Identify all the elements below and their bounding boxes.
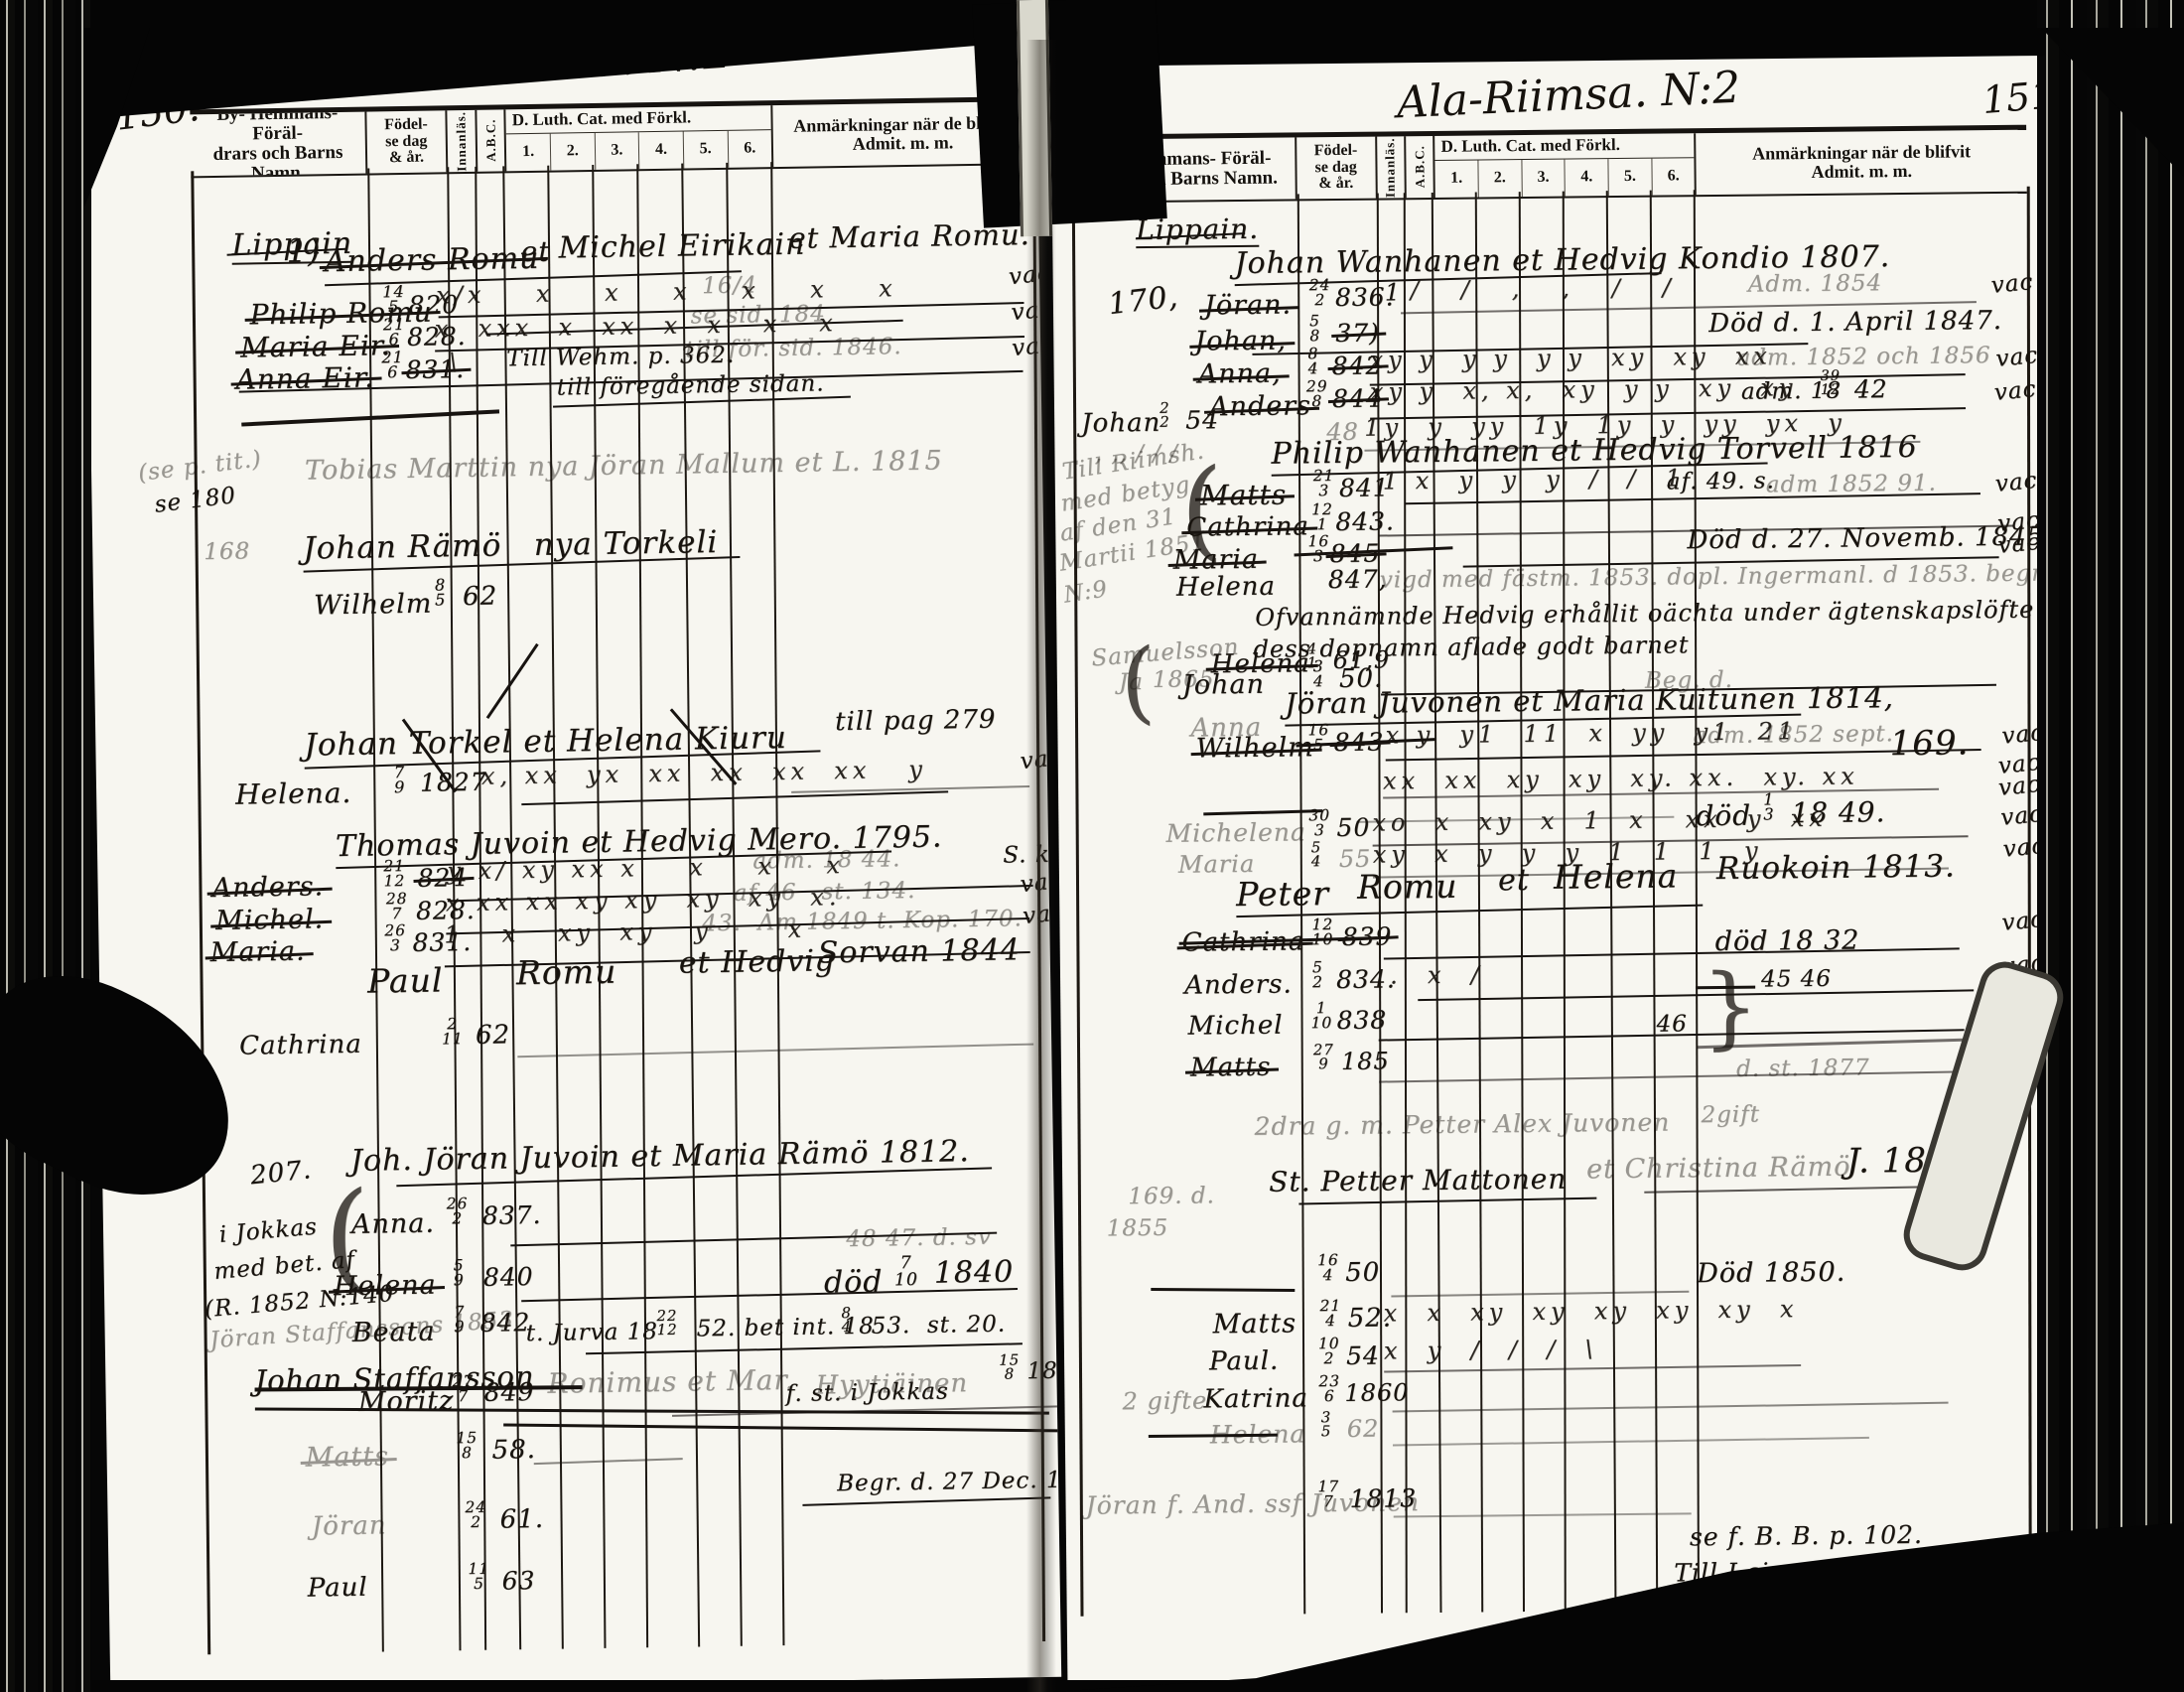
catechism-marks: xx xx xy xy xy. xx. xy. xx [1383, 765, 1859, 794]
catechism-marks: x/x x x x x x x [436, 276, 897, 309]
handwritten-entry: 1) [286, 234, 321, 268]
handwritten-entry: 710 [894, 1258, 919, 1291]
birth-date: 84 [1307, 350, 1318, 379]
birth-date: 177 [1317, 1482, 1339, 1512]
header-text: Anmärkningar när de blifvit [1752, 142, 1971, 163]
handwritten-entry: 16/4 [702, 273, 757, 298]
marriage-note: vigd med fästm. 1853. dopl. Ingermanl. d… [1380, 561, 2061, 593]
book-fold-gutter [1026, 40, 1056, 1692]
birth-year: 834. [1336, 966, 1396, 993]
header-cat-3: 3. [594, 132, 638, 170]
person-name: Anna, [1198, 360, 1282, 389]
birth-year: 37) [1335, 321, 1380, 348]
person-name: Maria [1172, 546, 1259, 576]
vaccinated-mark: vac [1996, 530, 2041, 558]
ink-stroke [517, 1044, 1033, 1058]
header-text: drars och Barns Namn. [191, 143, 365, 177]
handwritten-entry: 54 [1185, 407, 1219, 434]
handwritten-entry: Adm. 1854 [1748, 271, 1883, 297]
person-name: Helena [1176, 574, 1276, 603]
header-text: Admit. m. m. [853, 133, 954, 153]
header-cat-6: 6. [1651, 158, 1695, 195]
family-head: Anders Romu [324, 243, 539, 278]
margin-note: 170, [1107, 281, 1180, 321]
handwritten-entry: 1840 [934, 1256, 1015, 1289]
birth-year: 847, [1328, 566, 1388, 593]
birth-date: 163 [1307, 537, 1329, 567]
birth-year: 843 [1333, 730, 1384, 757]
catechism-marks: 1 x y y y / / 1 [1383, 466, 1686, 494]
ink-stroke [1298, 1198, 1596, 1205]
header-text: Admit. m. m. [1811, 162, 1912, 182]
birth-date: 1210 [1311, 920, 1333, 950]
birth-date: 242 [1309, 281, 1331, 311]
birth-year: 843. [1335, 508, 1395, 535]
page-left-sheet: 150. ala Riimsa. N:2 By- Hemmans- Föräl-… [84, 13, 1061, 1692]
ink-stroke [521, 790, 948, 805]
birth-year: 62 [476, 1022, 511, 1050]
birth-date: 52 [1312, 963, 1323, 993]
handwritten-entry: \ [449, 350, 462, 375]
margin-note: Johan [1081, 410, 1160, 438]
handwritten-entry: 2gift [1701, 1103, 1760, 1128]
birth-date: 85 [435, 580, 447, 611]
birth-date: 213 [1313, 472, 1335, 501]
ink-stroke [1384, 947, 1960, 959]
header-text: D. Luth. Cat. med Förkl. [1434, 133, 1694, 161]
family-head: Michel Eirikain [558, 229, 805, 265]
book-page-edges-right [2037, 0, 2184, 1692]
family-head: Jöran Juvonen et Maria Kuitunen 1814, [1285, 682, 1894, 719]
column-rule [191, 171, 210, 1654]
handwritten-entry: adm 1852 91. [1766, 472, 1937, 497]
handwritten-entry: Ruokoin 1813. [1716, 850, 1956, 885]
birth-year: 62 [1347, 1417, 1380, 1443]
ink-stroke [1394, 1512, 1692, 1517]
header-catechism-numbers: 1. 2. 3. 4. 5. 6. [506, 130, 771, 171]
birth-year: 1813 [1349, 1485, 1417, 1512]
person-name: Wilhelm [314, 591, 433, 621]
birth-date: 263 [384, 926, 406, 956]
birth-date: 115 [468, 1565, 489, 1595]
birth-year: 50 [1336, 815, 1370, 842]
handwritten-entry: 46 [1656, 1012, 1688, 1037]
birth-date: 262 [447, 1199, 469, 1229]
transfer-note: till föregående sidan. [557, 371, 825, 400]
header-cat-4: 4. [638, 132, 683, 170]
person-name: Maria. [209, 938, 305, 968]
header-reading-column: Innanläs. [445, 110, 476, 172]
birth-year: 61. [499, 1506, 544, 1534]
ink-stroke [534, 1458, 683, 1465]
birth-date: 164 [1317, 1256, 1339, 1286]
ink-stroke [1203, 809, 1322, 815]
family-head: Romu [516, 955, 617, 992]
header-reading-column: Innanläs. [1375, 136, 1404, 198]
birth-date: 165 [1307, 726, 1329, 756]
column-rule [1475, 193, 1483, 1613]
person-name: Cathrina [1182, 928, 1305, 957]
birth-date: 216 [383, 320, 406, 351]
birth-date: 121 [1311, 505, 1333, 535]
table-header: By- Hemmans- Föräl- drars och Barns Namn… [1071, 125, 2027, 204]
person-name: Johan, [1194, 328, 1287, 357]
catechism-marks: x, xx yx xx xx xx xx y [481, 758, 927, 789]
header-text: By- Hemmans- Föräl- [190, 112, 364, 146]
catechism-marks: xo x xy x 1 x xx y xx [1372, 806, 1828, 836]
death-note: Död 1850. [1697, 1259, 1845, 1289]
page-right: 151. Ala-Riimsa. N:2 By- Hemmans- Föräl-… [1050, 18, 2060, 1692]
birth-date: 158 [456, 1434, 478, 1464]
handwritten-entry: adm. 18 44. [752, 847, 900, 874]
birth-year: 185 [1341, 1049, 1390, 1074]
column-rule [1694, 190, 1700, 1610]
person-name: Helena [334, 1272, 437, 1302]
catechism-marks: x y / / / \ [1384, 1337, 1598, 1364]
birth-year: 845 [1329, 541, 1380, 568]
header-abc-column: A.B.C. [1404, 136, 1433, 198]
person-name: Paul. [1209, 1348, 1279, 1376]
death-note: Död d. 27. Novemb. 1845 [1687, 524, 2044, 555]
family-head: Johan Rämö nya Torkeli [303, 526, 719, 565]
person-name: Paul [308, 1575, 368, 1604]
handwritten-entry: adm. 1852 och 1856 [1736, 344, 1990, 370]
person-name: Matts [1200, 481, 1288, 511]
catechism-marks: xy y y y y y xy xy xx [1369, 344, 1772, 373]
handwritten-entry: 84 [841, 1309, 852, 1337]
person-name: Katrina [1203, 1385, 1308, 1414]
handwritten-entry: 2212 [656, 1312, 677, 1340]
person-name: Helena [1211, 650, 1310, 679]
birth-year: 50 [1345, 1260, 1380, 1288]
handwritten-entry: 3912 [1821, 373, 1841, 400]
ink-stroke [486, 643, 539, 719]
handwritten-entry: et Hedvig [679, 945, 836, 979]
margin-note: 168 [204, 539, 250, 564]
birth-year: 837. [482, 1202, 542, 1229]
catechism-marks: xy y x, x, xy y y xy xy [1370, 375, 1798, 405]
column-rule [1606, 191, 1617, 1611]
person-name: Matts [1190, 1055, 1272, 1082]
person-name: Anders. [211, 873, 324, 903]
handwritten-entry: et Christina Rämö [1586, 1154, 1851, 1185]
person-name: Wilhelm [1195, 734, 1313, 764]
handwritten-entry: Helena [1554, 859, 1679, 895]
person-name: Maria Eir. [240, 331, 391, 362]
birth-year: 63 [501, 1568, 535, 1595]
ink-stroke [1151, 1288, 1295, 1292]
birth-date: 110 [1310, 1004, 1332, 1034]
family-head: Paul [367, 963, 444, 999]
header-cat-1: 1. [506, 134, 550, 172]
header-cat-2: 2. [550, 133, 595, 171]
family-head: Peter [1236, 877, 1329, 913]
family-head: Johan Staffansson [254, 1361, 535, 1396]
header-remarks-column: Anmärkningar när de blifvit Admit. m. m. [1695, 130, 2027, 195]
birth-date: 102 [1318, 1339, 1340, 1369]
handwritten-entry: af 46 st. 134. [734, 879, 916, 906]
person-name: Matts [1213, 1310, 1297, 1339]
margin-note: 2 gifte [1122, 1388, 1207, 1414]
column-rule [1563, 192, 1567, 1612]
death-note: död [824, 1267, 884, 1300]
header-cat-2: 2. [1477, 160, 1521, 197]
header-text: Födel- [384, 116, 428, 133]
person-name: Jöran. [1204, 291, 1292, 321]
birth-date: 216 [381, 352, 404, 383]
header-catechism-group: D. Luth. Cat. med Förkl. 1. 2. 3. 4. 5. … [1433, 133, 1695, 198]
person-name: Cathrina [239, 1032, 362, 1060]
person-name: Anders. [1184, 972, 1293, 1001]
page-title-right: Ala-Riimsa. N:2 [1396, 63, 1741, 129]
birth-date: 303 [1308, 811, 1330, 841]
margin-note: 169. d. [1128, 1184, 1215, 1208]
column-rule [1650, 191, 1658, 1611]
margin-note: se 180 [153, 484, 237, 517]
handwritten-entry: et [520, 237, 550, 267]
handwritten-entry: 48 47. d. sv [846, 1225, 992, 1252]
vaccinated-mark: vac [1990, 270, 2035, 298]
margin-note: 207. [249, 1157, 313, 1191]
family-head: St. Petter Mattonen [1269, 1165, 1567, 1198]
margin-note: i Jokkas [218, 1215, 319, 1248]
page-left: 150. ala Riimsa. N:2 By- Hemmans- Föräl-… [84, 13, 1061, 1692]
birth-year: 58. [491, 1437, 536, 1465]
birth-date: 242 [465, 1503, 486, 1533]
grouping-brace: } [1702, 960, 1760, 1056]
birth-year: 838 [1336, 1008, 1387, 1035]
column-rule [1519, 192, 1525, 1612]
margin-note: 1855 [1107, 1216, 1169, 1241]
header-names-column: By- Hemmans- Föräl- drars och Barns Namn… [190, 112, 365, 177]
birth-date: 298 [1306, 382, 1328, 412]
handwritten-entry: Sorvan 1844 [817, 934, 1020, 969]
birth-year: 54 [1346, 1343, 1380, 1370]
family-head: 2dra g. m. Petter Alex Juvonen [1254, 1110, 1670, 1141]
reference-note: se f. B. B. p. 102. [1690, 1522, 1923, 1551]
header-cat-5: 5. [683, 131, 728, 169]
handwritten-entry: adm. 1852 sept. [1693, 722, 1894, 748]
death-note: död 18 32 [1715, 927, 1860, 957]
header-cat-4: 4. [1565, 159, 1608, 196]
birth-date: 236 [1318, 1377, 1340, 1407]
transfer-note: t. Jurva 18 [526, 1320, 659, 1345]
handwritten-entry: till för. sid. 1846. [685, 335, 902, 362]
handwritten-entry: 43. Am 1849 t. Kop. 170. [702, 907, 1023, 935]
gutter-shadow-top [972, 0, 1167, 228]
handwritten-entry: Ronimus et Mar. [547, 1365, 795, 1399]
handwritten-entry: 45 46 [1761, 967, 1832, 992]
handwritten-entry: et [1498, 865, 1530, 897]
vaccinated-mark: vac [1994, 469, 2039, 496]
margin-note: N:9 [1062, 577, 1110, 608]
handwritten-entry: 158 [999, 1355, 1020, 1384]
header-text: A.B.C. [1413, 145, 1427, 188]
page-right-sheet: 151. Ala-Riimsa. N:2 By- Hemmans- Föräl-… [1050, 18, 2060, 1692]
header-text: A.B.C. [483, 119, 497, 162]
header-text: se dag [385, 133, 427, 150]
person-name: Michel. [215, 906, 324, 935]
ink-stroke [802, 1496, 1050, 1505]
ink-stroke [1393, 1437, 1869, 1447]
header-catechism-group: D. Luth. Cat. med Förkl. 1. 2. 3. 4. 5. … [504, 105, 772, 171]
person-name: Jöran [312, 1512, 387, 1541]
header-birth-column: Födel- se dag & år. [364, 110, 446, 173]
handwritten-entry: 1 [1385, 280, 1402, 306]
ink-stroke [1384, 1364, 1801, 1373]
header-text: Innanläs. [454, 111, 469, 172]
header-text: Innanläs. [1384, 137, 1398, 198]
header-cat-6: 6. [727, 130, 771, 168]
handwritten-entry: 53. st. 20. [871, 1313, 1006, 1339]
catechism-marks: . x / [1390, 962, 1484, 988]
catechism-marks: / / , , / / [1411, 275, 1676, 303]
birth-date: 58 [1309, 317, 1320, 347]
margin-note: (se p. tit.) [137, 447, 263, 486]
transfer-note: till pag 279 [835, 707, 997, 737]
person-name: Anna Eir. [235, 362, 374, 394]
birth-date: 145 [382, 287, 405, 318]
birth-date: 59 [454, 1261, 465, 1291]
ink-stroke [1393, 1402, 1949, 1413]
table-header: By- Hemmans- Föräl- drars och Barns Namn… [190, 96, 1032, 178]
header-cat-1: 1. [1435, 161, 1478, 198]
birth-year: 839 [1341, 923, 1392, 950]
family-head: Johan Torkel et Helena Kiuru [304, 722, 787, 762]
birth-year: 62 [463, 584, 498, 612]
vaccinated-mark: vac [1994, 344, 2039, 371]
birth-date: 2112 [383, 862, 405, 892]
birth-date: 211 [442, 1020, 464, 1050]
birth-year: 1827 [420, 770, 487, 797]
birth-date: 54 [1311, 843, 1322, 871]
catechism-marks: x x xy xy xy xy xy x [1383, 1297, 1798, 1327]
birth-date: 279 [1313, 1046, 1334, 1073]
village-name: Lippain. [1136, 214, 1259, 248]
header-abc-column: A.B.C. [475, 109, 505, 171]
birth-date: 214 [1319, 1302, 1341, 1332]
header-cat-3: 3. [1521, 160, 1565, 197]
person-name: Anders [1209, 392, 1311, 422]
person-name: Michel [1187, 1013, 1283, 1042]
header-text: se dag [1315, 159, 1357, 176]
person-name: Cathrina [1186, 513, 1309, 542]
birth-year: 840 [483, 1264, 534, 1291]
header-text: & år. [389, 150, 424, 167]
person-name: Michelena [1165, 819, 1306, 847]
death-note: Död d. 1. April 1847. [1708, 308, 2002, 339]
header-text: & år. [1318, 176, 1353, 193]
family-head: Romu [1357, 870, 1458, 906]
handwritten-entry: d. st. 1877 [1736, 1056, 1870, 1081]
handwritten-entry: 61,9 [1333, 647, 1391, 673]
header-text: Födel- [1314, 143, 1358, 160]
page-ref: 169. [1889, 725, 1969, 762]
scanned-book-spread: 150. ala Riimsa. N:2 By- Hemmans- Föräl-… [0, 0, 2184, 1692]
handwritten-entry: 42 [1854, 376, 1888, 403]
margin-note: 1865 [1153, 667, 1215, 692]
handwritten-entry: af. 49. s. [1667, 469, 1775, 494]
birth-date: 287 [386, 895, 408, 924]
family-head: Tobias Marttin nya Jöran Mallum et L. 18… [305, 447, 943, 486]
header-birth-column: Födel- se dag & år. [1295, 137, 1376, 200]
header-cat-5: 5. [1607, 159, 1651, 196]
birth-date: 35 [1321, 1413, 1332, 1441]
book-page-edges-left [0, 0, 91, 1692]
person-name: Matts [305, 1443, 389, 1473]
handwritten-entry: 41 [1307, 644, 1318, 672]
person-name: Anna. [351, 1210, 435, 1240]
birth-year: 1860 [1344, 1380, 1409, 1406]
handwritten-entry: Hyytiäinen [815, 1370, 968, 1400]
person-name: Helena. [235, 778, 352, 810]
handwritten-entry: Beg. d. [1645, 668, 1733, 693]
handwritten-entry: 22 [1160, 404, 1170, 432]
remark-note: Ofvannämnde Hedvig erhållit oächta under… [1255, 597, 2060, 632]
handwritten-entry: se sid. 184 [690, 302, 826, 329]
birth-date: 79 [394, 768, 406, 798]
person-name: Helena [1210, 1421, 1306, 1449]
